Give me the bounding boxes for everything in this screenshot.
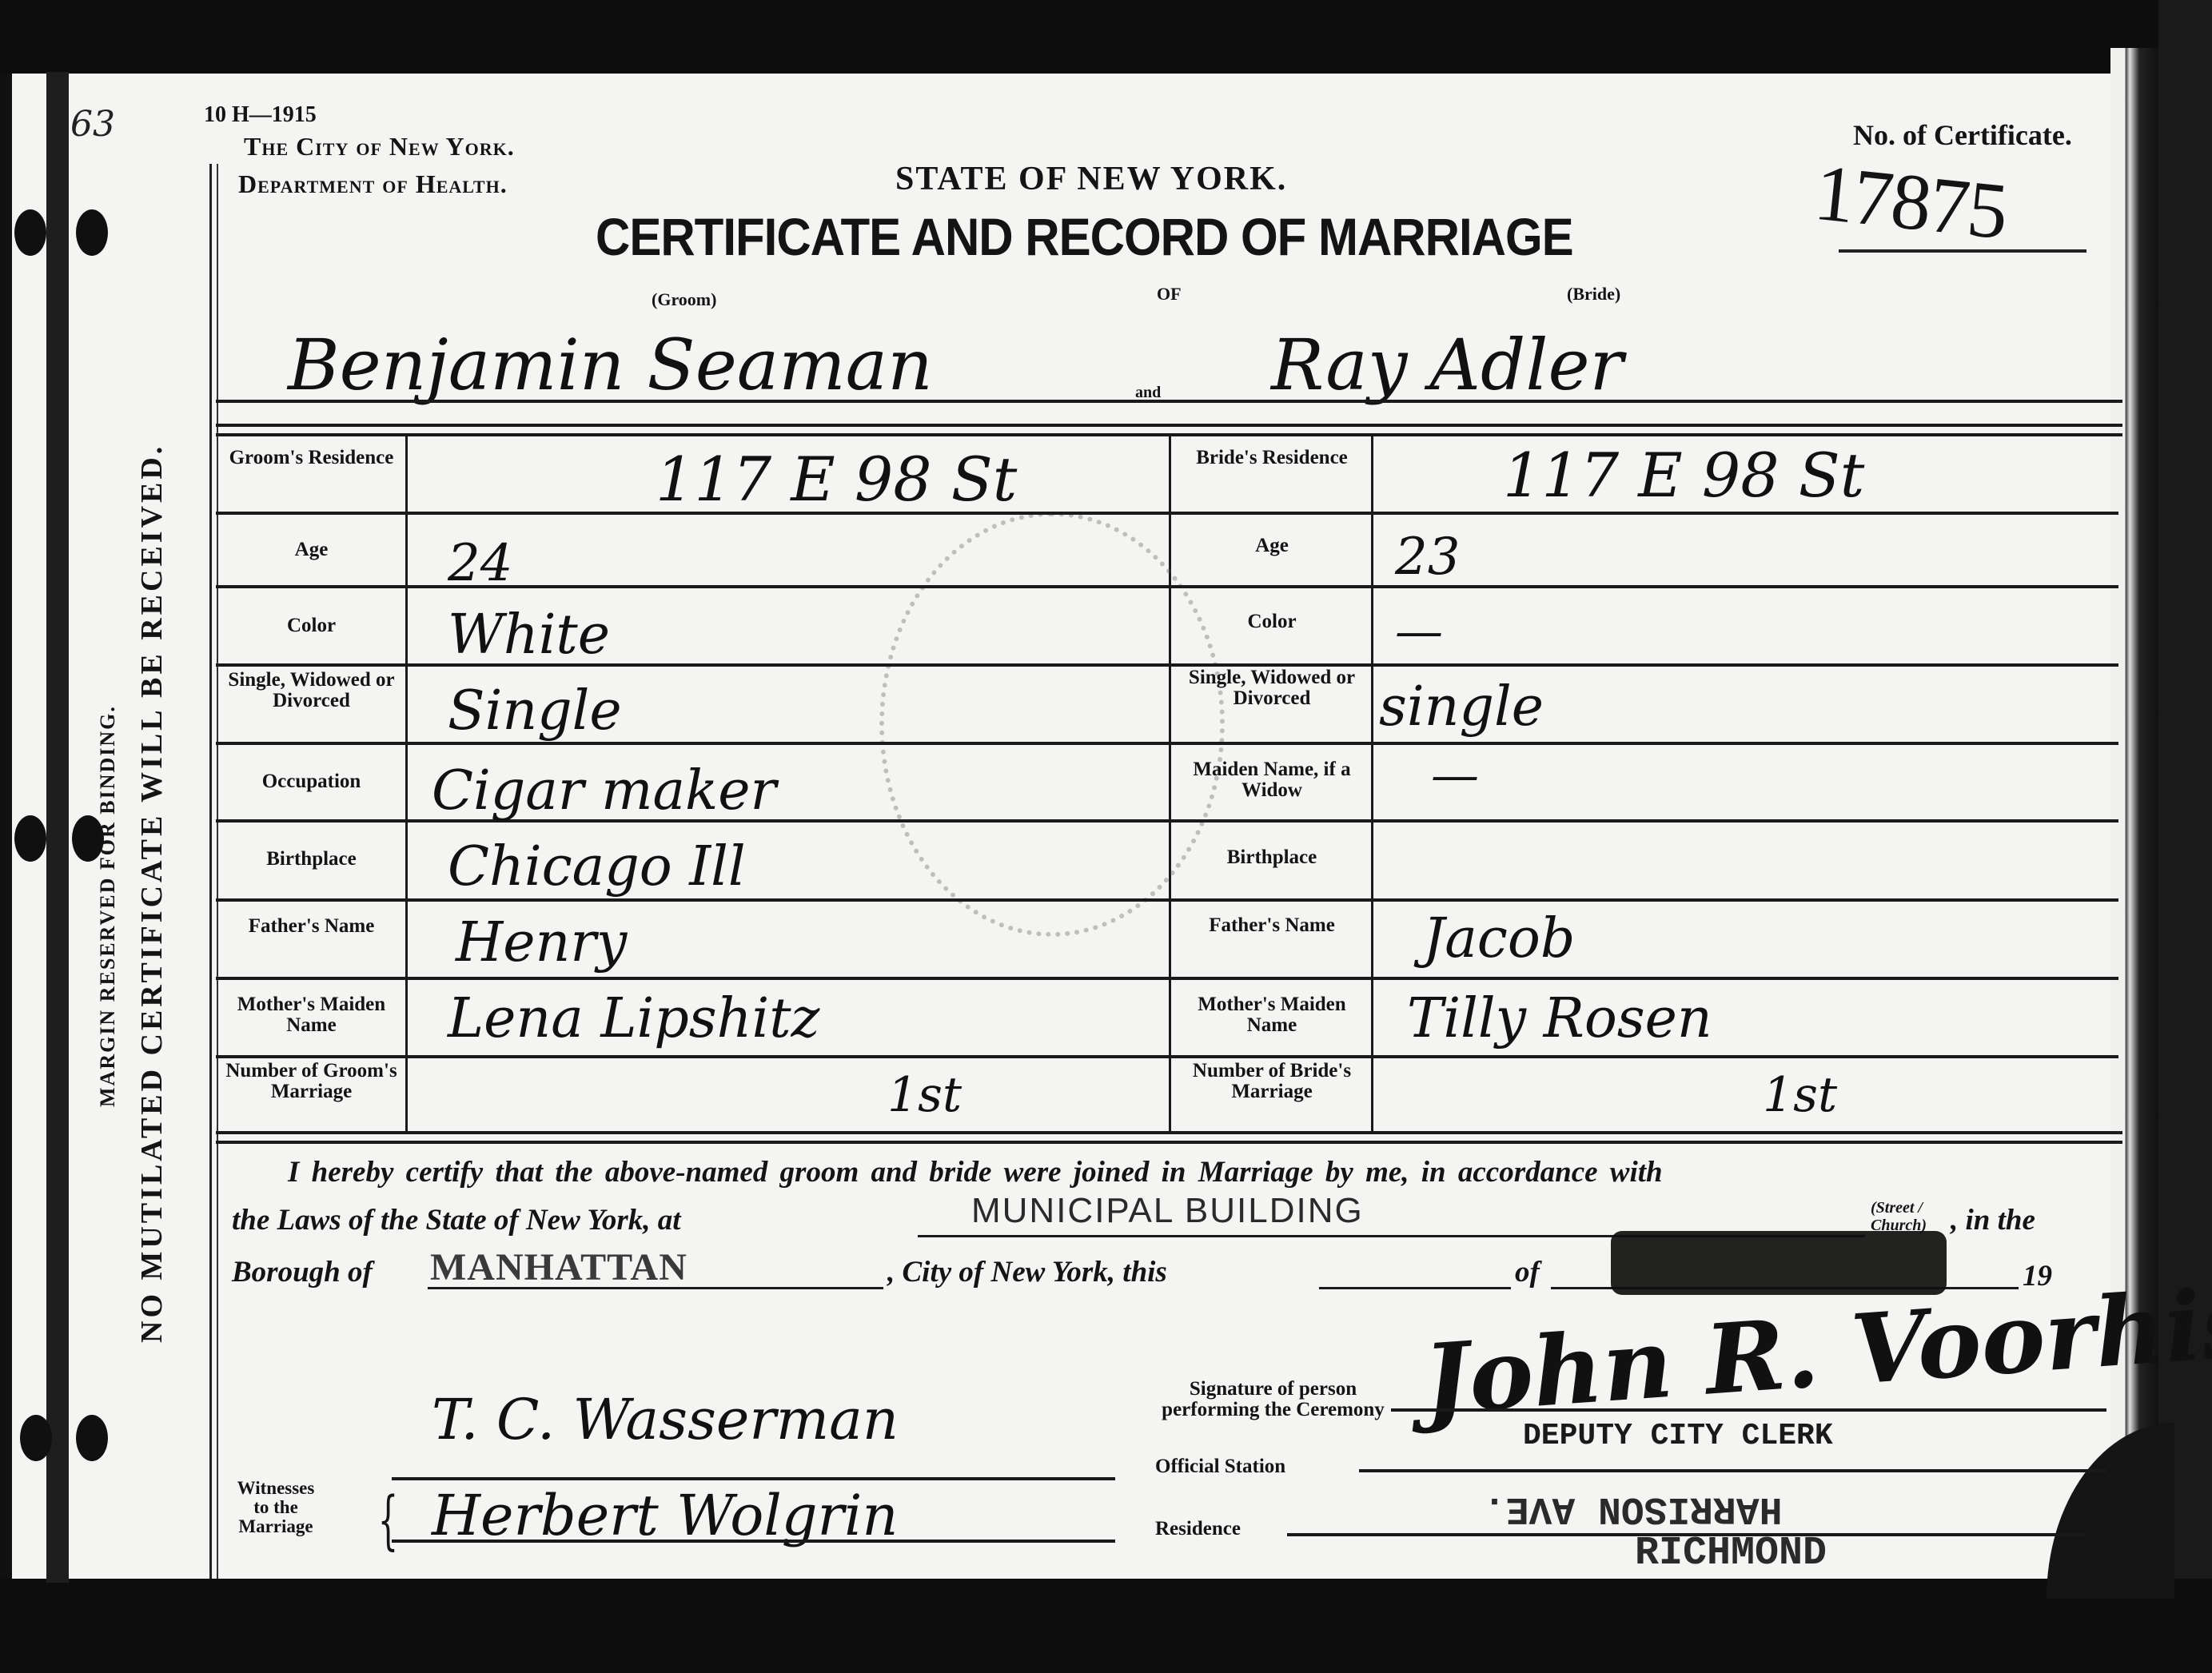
label-bride-birthplace: Birthplace (1173, 847, 1371, 868)
value-groom-color: White (448, 603, 610, 667)
borough-value: MANHATTAN (430, 1245, 688, 1289)
table-bottom-rule (216, 1131, 2122, 1134)
certificate-number-underline (1839, 249, 2086, 253)
table-top-rule (216, 424, 2122, 427)
day-underline (1319, 1287, 1511, 1289)
of-caption: OF (1157, 284, 1182, 305)
value-groom-marriage-number: 1st (887, 1067, 962, 1123)
witness-2-line (392, 1540, 1115, 1543)
label-groom-residence: Groom's Residence (217, 448, 405, 468)
label-groom-status: Single, Widowed or Divorced (217, 670, 405, 711)
residence-label: Residence (1155, 1519, 1283, 1540)
label-groom-color: Color (217, 615, 405, 636)
form-code: 10 H—1915 (204, 102, 317, 128)
certification-line-2-prefix: the Laws of the State of New York, at (232, 1203, 681, 1237)
value-bride-maiden-name: — (1431, 747, 1479, 803)
label-bride-marriage-number: Number of Bride's Marriage (1173, 1061, 1371, 1102)
certification-line-2-suffix: , in the (1951, 1203, 2035, 1237)
mutilated-warning: NO MUTILATED CERTIFICATE WILL BE RECEIVE… (134, 444, 169, 1343)
value-bride-status: single (1379, 675, 1544, 739)
certificate-number-label: No. of Certificate. (1853, 118, 2072, 152)
state-heading: STATE OF NEW YORK. (895, 160, 1287, 198)
form-left-border (209, 164, 218, 1579)
label-groom-occupation: Occupation (217, 771, 405, 792)
row-rule (216, 512, 2118, 515)
station-line (1359, 1469, 2106, 1472)
label-groom-marriage-number: Number of Groom's Marriage (217, 1061, 405, 1102)
witness-2-signature: Herbert Wolgrin (432, 1483, 898, 1548)
value-groom-occupation: Cigar maker (432, 759, 776, 823)
binding-hole-icon (76, 1415, 108, 1461)
value-bride-residence: 117 E 98 St (1503, 440, 1864, 511)
column-divider (1371, 436, 1373, 1131)
table-bottom-rule (216, 1141, 2122, 1144)
column-divider (405, 436, 408, 1131)
borough-underline (428, 1287, 883, 1289)
certification-line-3-prefix: Borough of (232, 1255, 373, 1289)
label-bride-father: Father's Name (1173, 915, 1371, 936)
value-groom-father: Henry (456, 911, 627, 974)
scan-frame-bottom (0, 1579, 2212, 1673)
binding-bar (46, 72, 69, 1583)
scan-frame-top (0, 0, 2212, 74)
label-groom-birthplace: Birthplace (217, 849, 405, 870)
value-bride-age: 23 (1395, 528, 1460, 587)
brace-icon: { (378, 1483, 398, 1557)
street-church-caption: (Street / Church) (1871, 1199, 1943, 1234)
bride-caption: (Bride) (1567, 284, 1620, 305)
officiant-signature-label: Signature of person performing the Cerem… (1155, 1379, 1391, 1420)
redacted-date (1611, 1231, 1947, 1295)
row-rule (216, 1055, 2118, 1058)
names-rule (216, 400, 2122, 403)
value-bride-father: Jacob (1423, 907, 1575, 970)
page-title: CERTIFICATE AND RECORD OF MARRIAGE (596, 207, 1573, 268)
witness-1-signature: T. C. Wasserman (432, 1387, 899, 1452)
label-groom-age: Age (217, 540, 405, 560)
label-bride-residence: Bride's Residence (1173, 448, 1371, 468)
value-groom-mother: Lena Lipshitz (448, 987, 819, 1050)
witness-1-line (392, 1477, 1115, 1480)
certification-line-1: I hereby certify that the above-named gr… (288, 1155, 1663, 1189)
certification-line-3-mid: , City of New York, this (887, 1255, 1167, 1289)
binding-hole-icon (20, 1415, 52, 1461)
binding-hole-icon (76, 209, 108, 256)
label-groom-mother: Mother's Maiden Name (217, 994, 405, 1036)
bride-name: Ray Adler (1271, 324, 1624, 406)
groom-name: Benjamin Seaman (288, 324, 933, 406)
label-bride-status: Single, Widowed or Divorced (1173, 667, 1371, 709)
value-bride-color: — (1395, 603, 1443, 659)
label-bride-mother: Mother's Maiden Name (1173, 994, 1371, 1036)
official-station-stamp: DEPUTY CITY CLERK (1523, 1419, 1833, 1453)
row-rule (216, 977, 2118, 980)
scan-frame-right (2158, 0, 2212, 1673)
label-bride-maiden-name: Maiden Name, if a Widow (1173, 759, 1371, 801)
binding-hole-icon (14, 209, 46, 256)
page-number: 63 (70, 104, 115, 145)
residence-stamp-mirrored: HARRISON AVE. (1483, 1487, 1782, 1530)
margin-reserved-note: MARGIN RESERVED FOR BINDING. (96, 705, 120, 1107)
signature-line (1391, 1408, 2106, 1412)
official-station-label: Official Station (1155, 1456, 1355, 1477)
value-groom-age: 24 (448, 534, 512, 593)
city-heading: The City of New York. (244, 132, 515, 161)
value-groom-residence: 117 E 98 St (656, 444, 1017, 515)
value-groom-status: Single (448, 679, 622, 743)
label-bride-age: Age (1173, 536, 1371, 556)
ceremony-place: MUNICIPAL BUILDING (971, 1191, 1364, 1231)
residence-city-stamp: RICHMOND (1635, 1531, 1827, 1576)
faded-seal-stamp (879, 512, 1225, 937)
value-groom-birthplace: Chicago Ill (448, 835, 746, 898)
value-bride-marriage-number: 1st (1763, 1067, 1837, 1123)
department-heading: Department of Health. (238, 169, 508, 199)
witnesses-label: Witnesses to the Marriage (228, 1479, 324, 1536)
row-rule (216, 898, 2118, 902)
label-bride-color: Color (1173, 611, 1371, 632)
value-bride-mother: Tilly Rosen (1407, 987, 1712, 1050)
of-word: of (1515, 1255, 1540, 1289)
label-groom-father: Father's Name (217, 916, 405, 937)
groom-caption: (Groom) (652, 289, 716, 310)
binding-hole-icon (14, 815, 46, 862)
